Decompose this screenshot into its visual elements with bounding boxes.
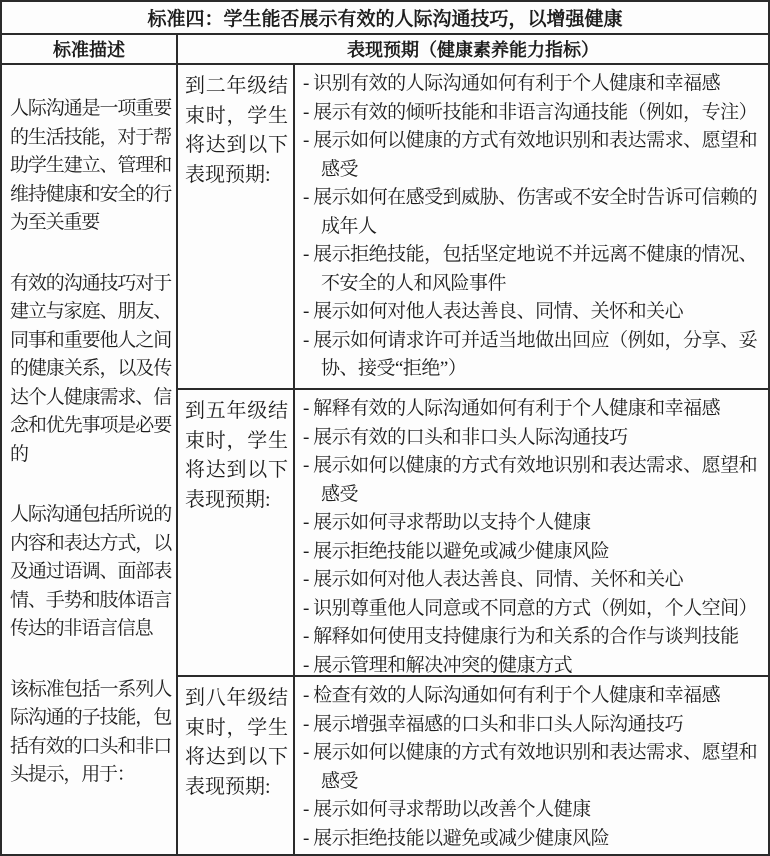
bullet-item: 展示拒绝技能以避免或减少健康风险 xyxy=(303,538,766,567)
description-paragraph: 该标准包括一系列人际沟通的子技能，包括有效的口头和非口头提示，用于： xyxy=(10,676,171,790)
bullet-item: 识别有效的人际沟通如何有利于个人健康和幸福感 xyxy=(303,70,766,99)
bullet-item: 展示拒绝技能，包括坚定地说不并远离不健康的情况、不安全的人和风险事件 xyxy=(303,241,766,298)
table-title-row: 标准四：学生能否展示有效的人际沟通技巧，以增强健康 xyxy=(2,2,768,35)
grade-8-label: 到八年级结束时，学生将达到以下表现预期: xyxy=(185,687,288,798)
grade-2-bullets-cell: 识别有效的人际沟通如何有利于个人健康和幸福感 展示有效的倾听技能和非语言沟通技能… xyxy=(295,65,768,388)
column-header-row: 标准描述 表现预期（健康素养能力指标） xyxy=(2,35,768,65)
column-header-expectations: 表现预期（健康素养能力指标） xyxy=(178,35,768,63)
bullet-item: 识别尊重他人同意或不同意的方式（例如，个人空间） xyxy=(303,595,766,624)
bullet-item: 检查有效的人际沟通如何有利于个人健康和幸福感 xyxy=(303,682,766,711)
grade-2-row: 到二年级结束时，学生将达到以下表现预期: 识别有效的人际沟通如何有利于个人健康和… xyxy=(178,65,768,390)
bullet-item: 展示如何寻求帮助以改善个人健康 xyxy=(303,796,766,825)
grade-2-label: 到二年级结束时，学生将达到以下表现预期: xyxy=(185,75,288,186)
grade-8-label-cell: 到八年级结束时，学生将达到以下表现预期: xyxy=(178,677,295,854)
bullet-item: 展示如何在感受到威胁、伤害或不安全时告诉可信赖的成年人 xyxy=(303,184,766,241)
grade-5-label: 到五年级结束时，学生将达到以下表现预期: xyxy=(185,400,288,511)
column-header-description: 标准描述 xyxy=(2,35,178,63)
grade-8-row: 到八年级结束时，学生将达到以下表现预期: 检查有效的人际沟通如何有利于个人健康和… xyxy=(178,677,768,854)
bullet-item: 展示增强幸福感的口头和非口头人际沟通技巧 xyxy=(303,711,766,740)
bullet-item: 展示如何对他人表达善良、同情、关怀和关心 xyxy=(303,298,766,327)
standards-table-page: 标准四：学生能否展示有效的人际沟通技巧，以增强健康 标准描述 表现预期（健康素养… xyxy=(0,0,770,856)
description-paragraph: 人际沟通包括所说的内容和表达方式，以及通过语调、面部表情、手势和肢体语言传达的非… xyxy=(10,501,171,644)
standard-description-cell: 人际沟通是一项重要的生活技能，对于帮助学生建立、管理和维持健康和安全的行为至关重… xyxy=(2,65,178,854)
grade-8-bullet-list: 检查有效的人际沟通如何有利于个人健康和幸福感 展示增强幸福感的口头和非口头人际沟… xyxy=(303,682,766,853)
column-header-description-label: 标准描述 xyxy=(53,36,125,62)
description-paragraph: 人际沟通是一项重要的生活技能，对于帮助学生建立、管理和维持健康和安全的行为至关重… xyxy=(10,95,171,238)
bullet-item: 展示如何对他人表达善良、同情、关怀和关心 xyxy=(303,566,766,595)
grade-5-label-cell: 到五年级结束时，学生将达到以下表现预期: xyxy=(178,390,295,675)
bullet-item: 展示如何以健康的方式有效地识别和表达需求、愿望和感受 xyxy=(303,452,766,509)
bullet-item: 展示如何以健康的方式有效地识别和表达需求、愿望和感受 xyxy=(303,127,766,184)
bullet-item: 展示管理和解决冲突的健康方式 xyxy=(303,652,766,676)
expectation-rows: 到二年级结束时，学生将达到以下表现预期: 识别有效的人际沟通如何有利于个人健康和… xyxy=(178,65,768,854)
column-header-expectations-label: 表现预期（健康素养能力指标） xyxy=(347,36,599,62)
bullet-item: 展示有效的口头和非口头人际沟通技巧 xyxy=(303,424,766,453)
bullet-item: 展示拒绝技能以避免或减少健康风险 xyxy=(303,825,766,854)
grade-2-bullet-list: 识别有效的人际沟通如何有利于个人健康和幸福感 展示有效的倾听技能和非语言沟通技能… xyxy=(303,70,766,384)
description-paragraph: 有效的沟通技巧对于建立与家庭、朋友、同事和重要他人之间的健康关系，以及传达个人健… xyxy=(10,270,171,470)
grade-5-bullet-list: 解释有效的人际沟通如何有利于个人健康和幸福感 展示有效的口头和非口头人际沟通技巧… xyxy=(303,395,766,675)
grade-5-bullets-cell: 解释有效的人际沟通如何有利于个人健康和幸福感 展示有效的口头和非口头人际沟通技巧… xyxy=(295,390,768,675)
grade-8-bullets-cell: 检查有效的人际沟通如何有利于个人健康和幸福感 展示增强幸福感的口头和非口头人际沟… xyxy=(295,677,768,854)
bullet-item: 展示如何寻求帮助以支持个人健康 xyxy=(303,509,766,538)
bullet-item: 展示如何请求许可并适当地做出回应（例如，分享、妥协、接受“拒绝”） xyxy=(303,327,766,384)
grade-2-label-cell: 到二年级结束时，学生将达到以下表现预期: xyxy=(178,65,295,388)
table-body: 人际沟通是一项重要的生活技能，对于帮助学生建立、管理和维持健康和安全的行为至关重… xyxy=(2,65,768,854)
bullet-item: 展示有效的倾听技能和非语言沟通技能（例如，专注） xyxy=(303,99,766,128)
bullet-item: 解释有效的人际沟通如何有利于个人健康和幸福感 xyxy=(303,395,766,424)
bullet-item: 解释如何使用支持健康行为和关系的合作与谈判技能 xyxy=(303,623,766,652)
grade-5-row: 到五年级结束时，学生将达到以下表现预期: 解释有效的人际沟通如何有利于个人健康和… xyxy=(178,390,768,677)
table-title: 标准四：学生能否展示有效的人际沟通技巧，以增强健康 xyxy=(147,4,622,31)
bullet-item: 展示如何以健康的方式有效地识别和表达需求、愿望和感受 xyxy=(303,739,766,796)
